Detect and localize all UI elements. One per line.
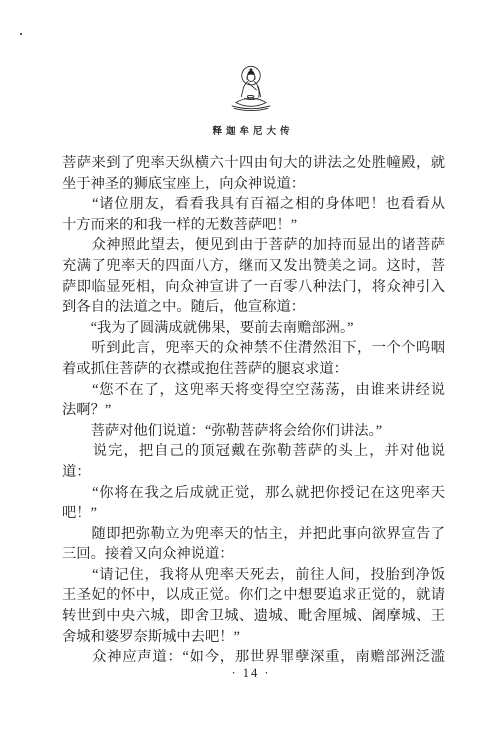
book-title-caption: 释迦牟尼大传 <box>0 123 502 137</box>
body-text-block: 菩萨来到了兜率天纵横六十四由旬大的讲法之处胜幢殿，就 坐于神圣的狮底宝座上，向众… <box>62 153 445 668</box>
text-line: 众神应声道：“如今，那世界罪孽深重，南赡部洲泛滥 <box>62 647 445 668</box>
text-line: “诸位朋友，看看我具有百福之相的身体吧！也看看从 <box>62 194 445 215</box>
text-line: 萨即临显死相，向众神宣讲了一百零八种法门，将众神引入 <box>62 277 445 298</box>
text-line: “我为了圆满成就佛果，要前去南赡部洲。” <box>62 318 445 339</box>
page-number: · 14 · <box>0 666 502 681</box>
text-line: “你将在我之后成就正觉，那么就把你授记在这兜率天 <box>62 483 445 504</box>
text-line: 到各自的法道之中。随后，他宣称道： <box>62 297 445 318</box>
text-line: 充满了兜率天的四面八方，继而又发出赞美之词。这时，菩 <box>62 256 445 277</box>
text-line: 着或抓住菩萨的衣襟或抱住菩萨的腿哀求道： <box>62 359 445 380</box>
text-line: 吧！” <box>62 503 445 524</box>
text-line: 菩萨来到了兜率天纵横六十四由旬大的讲法之处胜幢殿，就 <box>62 153 445 174</box>
seated-buddha-icon <box>219 61 283 118</box>
text-line: 听到此言，兜率天的众神禁不住潸然泪下，一个个呜咽 <box>62 338 445 359</box>
text-line: 坐于神圣的狮底宝座上，向众神说道： <box>62 174 445 195</box>
ushnisha <box>250 68 253 71</box>
text-line: 王圣妃的怀中，以成正觉。你们之中想要追求正觉的，就请 <box>62 585 445 606</box>
text-line: “请记住，我将从兜率天死去，前往人间，投胎到净饭 <box>62 565 445 586</box>
book-page: 释迦牟尼大传 菩萨来到了兜率天纵横六十四由旬大的讲法之处胜幢殿，就 坐于神圣的狮… <box>0 0 502 747</box>
text-line: 转世到中央六城，即舍卫城、遗城、毗舍厘城、阇摩城、王 <box>62 606 445 627</box>
text-line: 法啊？” <box>62 400 445 421</box>
text-line: 道： <box>62 462 445 483</box>
left-hand <box>247 95 254 97</box>
hair <box>247 71 254 76</box>
text-line: 菩萨对他们说道：“弥勒菩萨将会给你们讲法。” <box>62 421 445 442</box>
text-line: 众神照此望去，便见到由于菩萨的加持而显出的诸菩萨 <box>62 235 445 256</box>
text-line: “您不在了，这兜率天将变得空空荡荡，由谁来讲经说 <box>62 380 445 401</box>
text-line: 三回。接着又向众神说道： <box>62 544 445 565</box>
text-line: 随即把弥勒立为兜率天的怙主，并把此事向欲界宣告了 <box>62 524 445 545</box>
scan-speck <box>20 33 22 35</box>
text-line: 十方而来的和我一样的无数菩萨吧！” <box>62 215 445 236</box>
text-line: 说完，把自己的顶冠戴在弥勒菩萨的头上，并对他说 <box>62 441 445 462</box>
ears <box>247 76 255 79</box>
chapter-header: 释迦牟尼大传 <box>0 61 502 137</box>
text-line: 舍城和婆罗奈斯城中去吧！” <box>62 627 445 648</box>
